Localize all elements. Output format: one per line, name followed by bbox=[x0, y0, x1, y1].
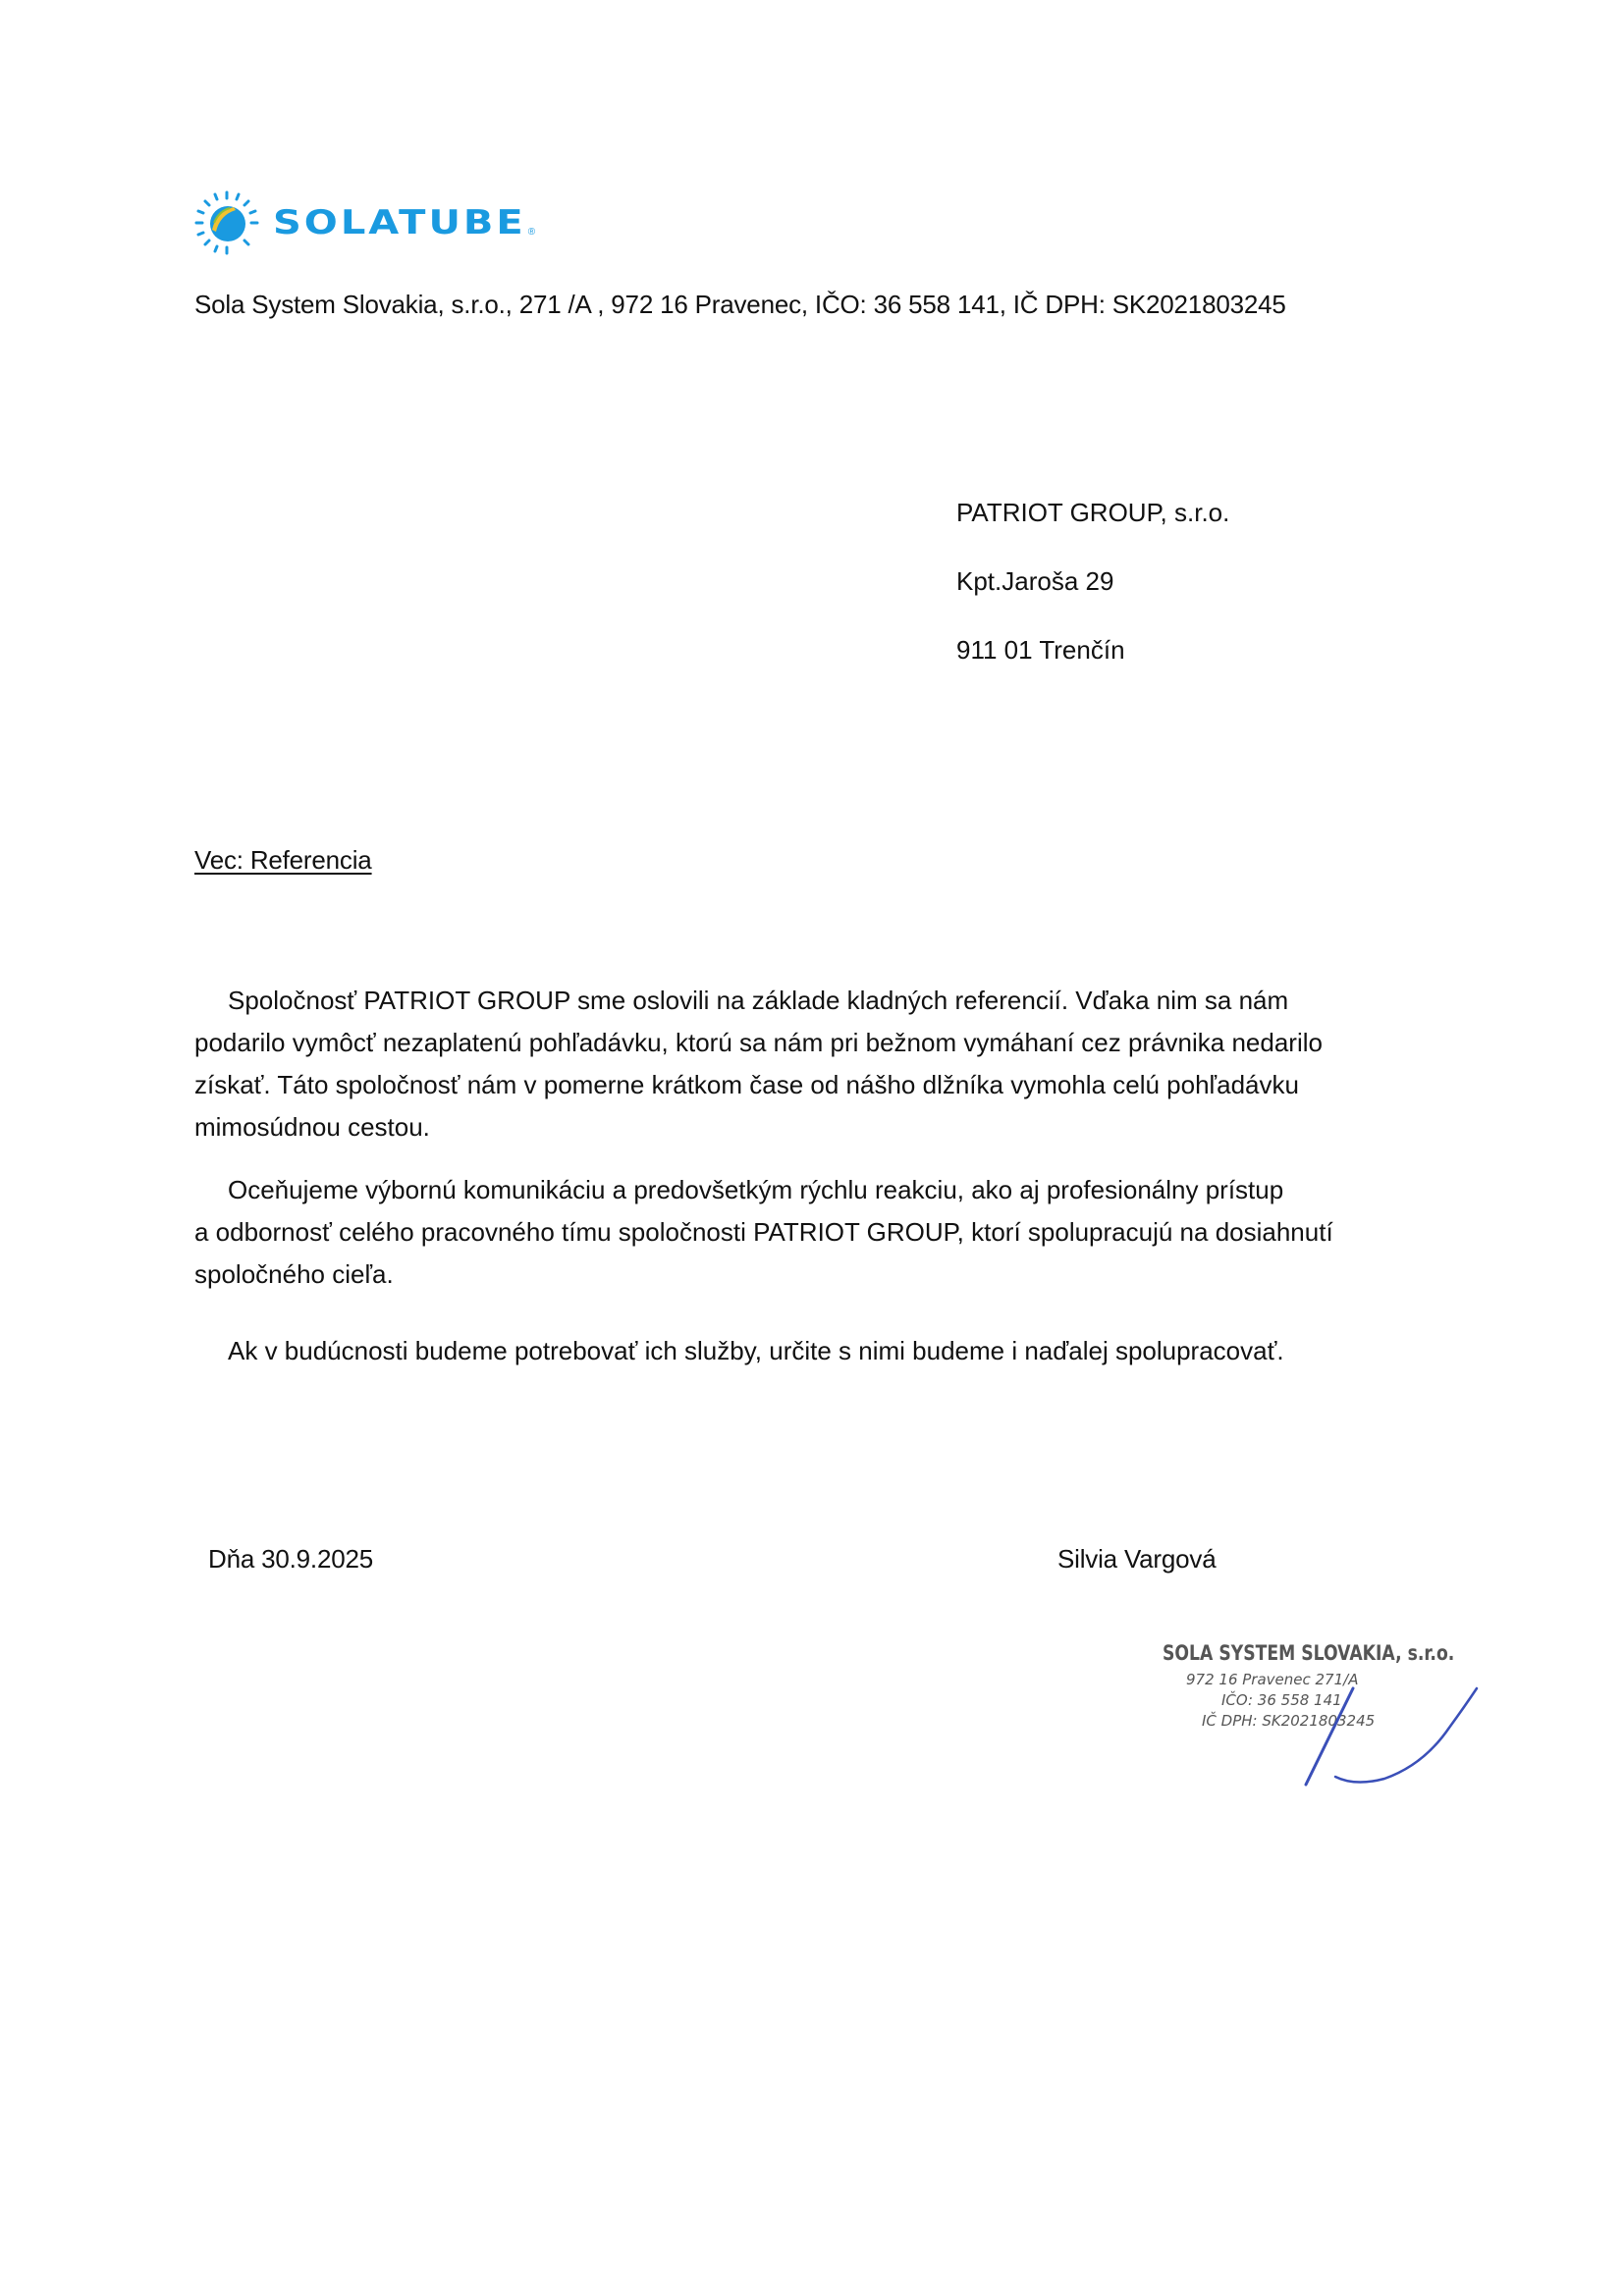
paragraph-line: mimosúdnou cestou. bbox=[194, 1106, 1432, 1148]
paragraph-line: Oceňujeme výbornú komunikáciu a predovše… bbox=[194, 1169, 1432, 1211]
sender-company-line: Sola System Slovakia, s.r.o., 271 /A , 9… bbox=[194, 289, 1286, 320]
letter-subject: Vec: Referencia bbox=[194, 844, 372, 876]
recipient-city: 911 01 Trenčín bbox=[956, 634, 1229, 666]
paragraph-line: spoločného cieľa. bbox=[194, 1254, 1432, 1296]
brand-wordmark: SOLATUBE bbox=[273, 203, 526, 241]
paragraph-line: podarilo vymôcť nezaplatenú pohľadávku, … bbox=[194, 1022, 1432, 1064]
paragraph-line: Ak v budúcnosti budeme potrebovať ich sl… bbox=[194, 1330, 1432, 1372]
body-paragraph-2: Oceňujeme výbornú komunikáciu a predovše… bbox=[194, 1169, 1432, 1296]
handwritten-signature bbox=[1276, 1669, 1492, 1806]
recipient-street: Kpt.Jaroša 29 bbox=[956, 565, 1229, 597]
recipient-name: PATRIOT GROUP, s.r.o. bbox=[956, 497, 1229, 528]
body-paragraph-1: Spoločnosť PATRIOT GROUP sme oslovili na… bbox=[194, 980, 1432, 1148]
stamp-company-name: SOLA SYSTEM SLOVAKIA, s.r.o. bbox=[1163, 1641, 1454, 1665]
paragraph-line: Spoločnosť PATRIOT GROUP sme oslovili na… bbox=[194, 980, 1432, 1022]
solatube-logo: SOLATUBE ® bbox=[194, 188, 535, 257]
signer-name: Silvia Vargová bbox=[1057, 1543, 1216, 1575]
paragraph-line: získať. Táto spoločnosť nám v pomerne kr… bbox=[194, 1064, 1432, 1106]
paragraph-line: a odbornosť celého pracovného tímu spolo… bbox=[194, 1211, 1432, 1254]
letter-date: Dňa 30.9.2025 bbox=[208, 1543, 373, 1575]
body-paragraph-3: Ak v budúcnosti budeme potrebovať ich sl… bbox=[194, 1330, 1432, 1372]
registered-mark: ® bbox=[528, 227, 535, 238]
recipient-address: PATRIOT GROUP, s.r.o. Kpt.Jaroša 29 911 … bbox=[956, 497, 1229, 703]
sun-icon bbox=[194, 190, 259, 255]
